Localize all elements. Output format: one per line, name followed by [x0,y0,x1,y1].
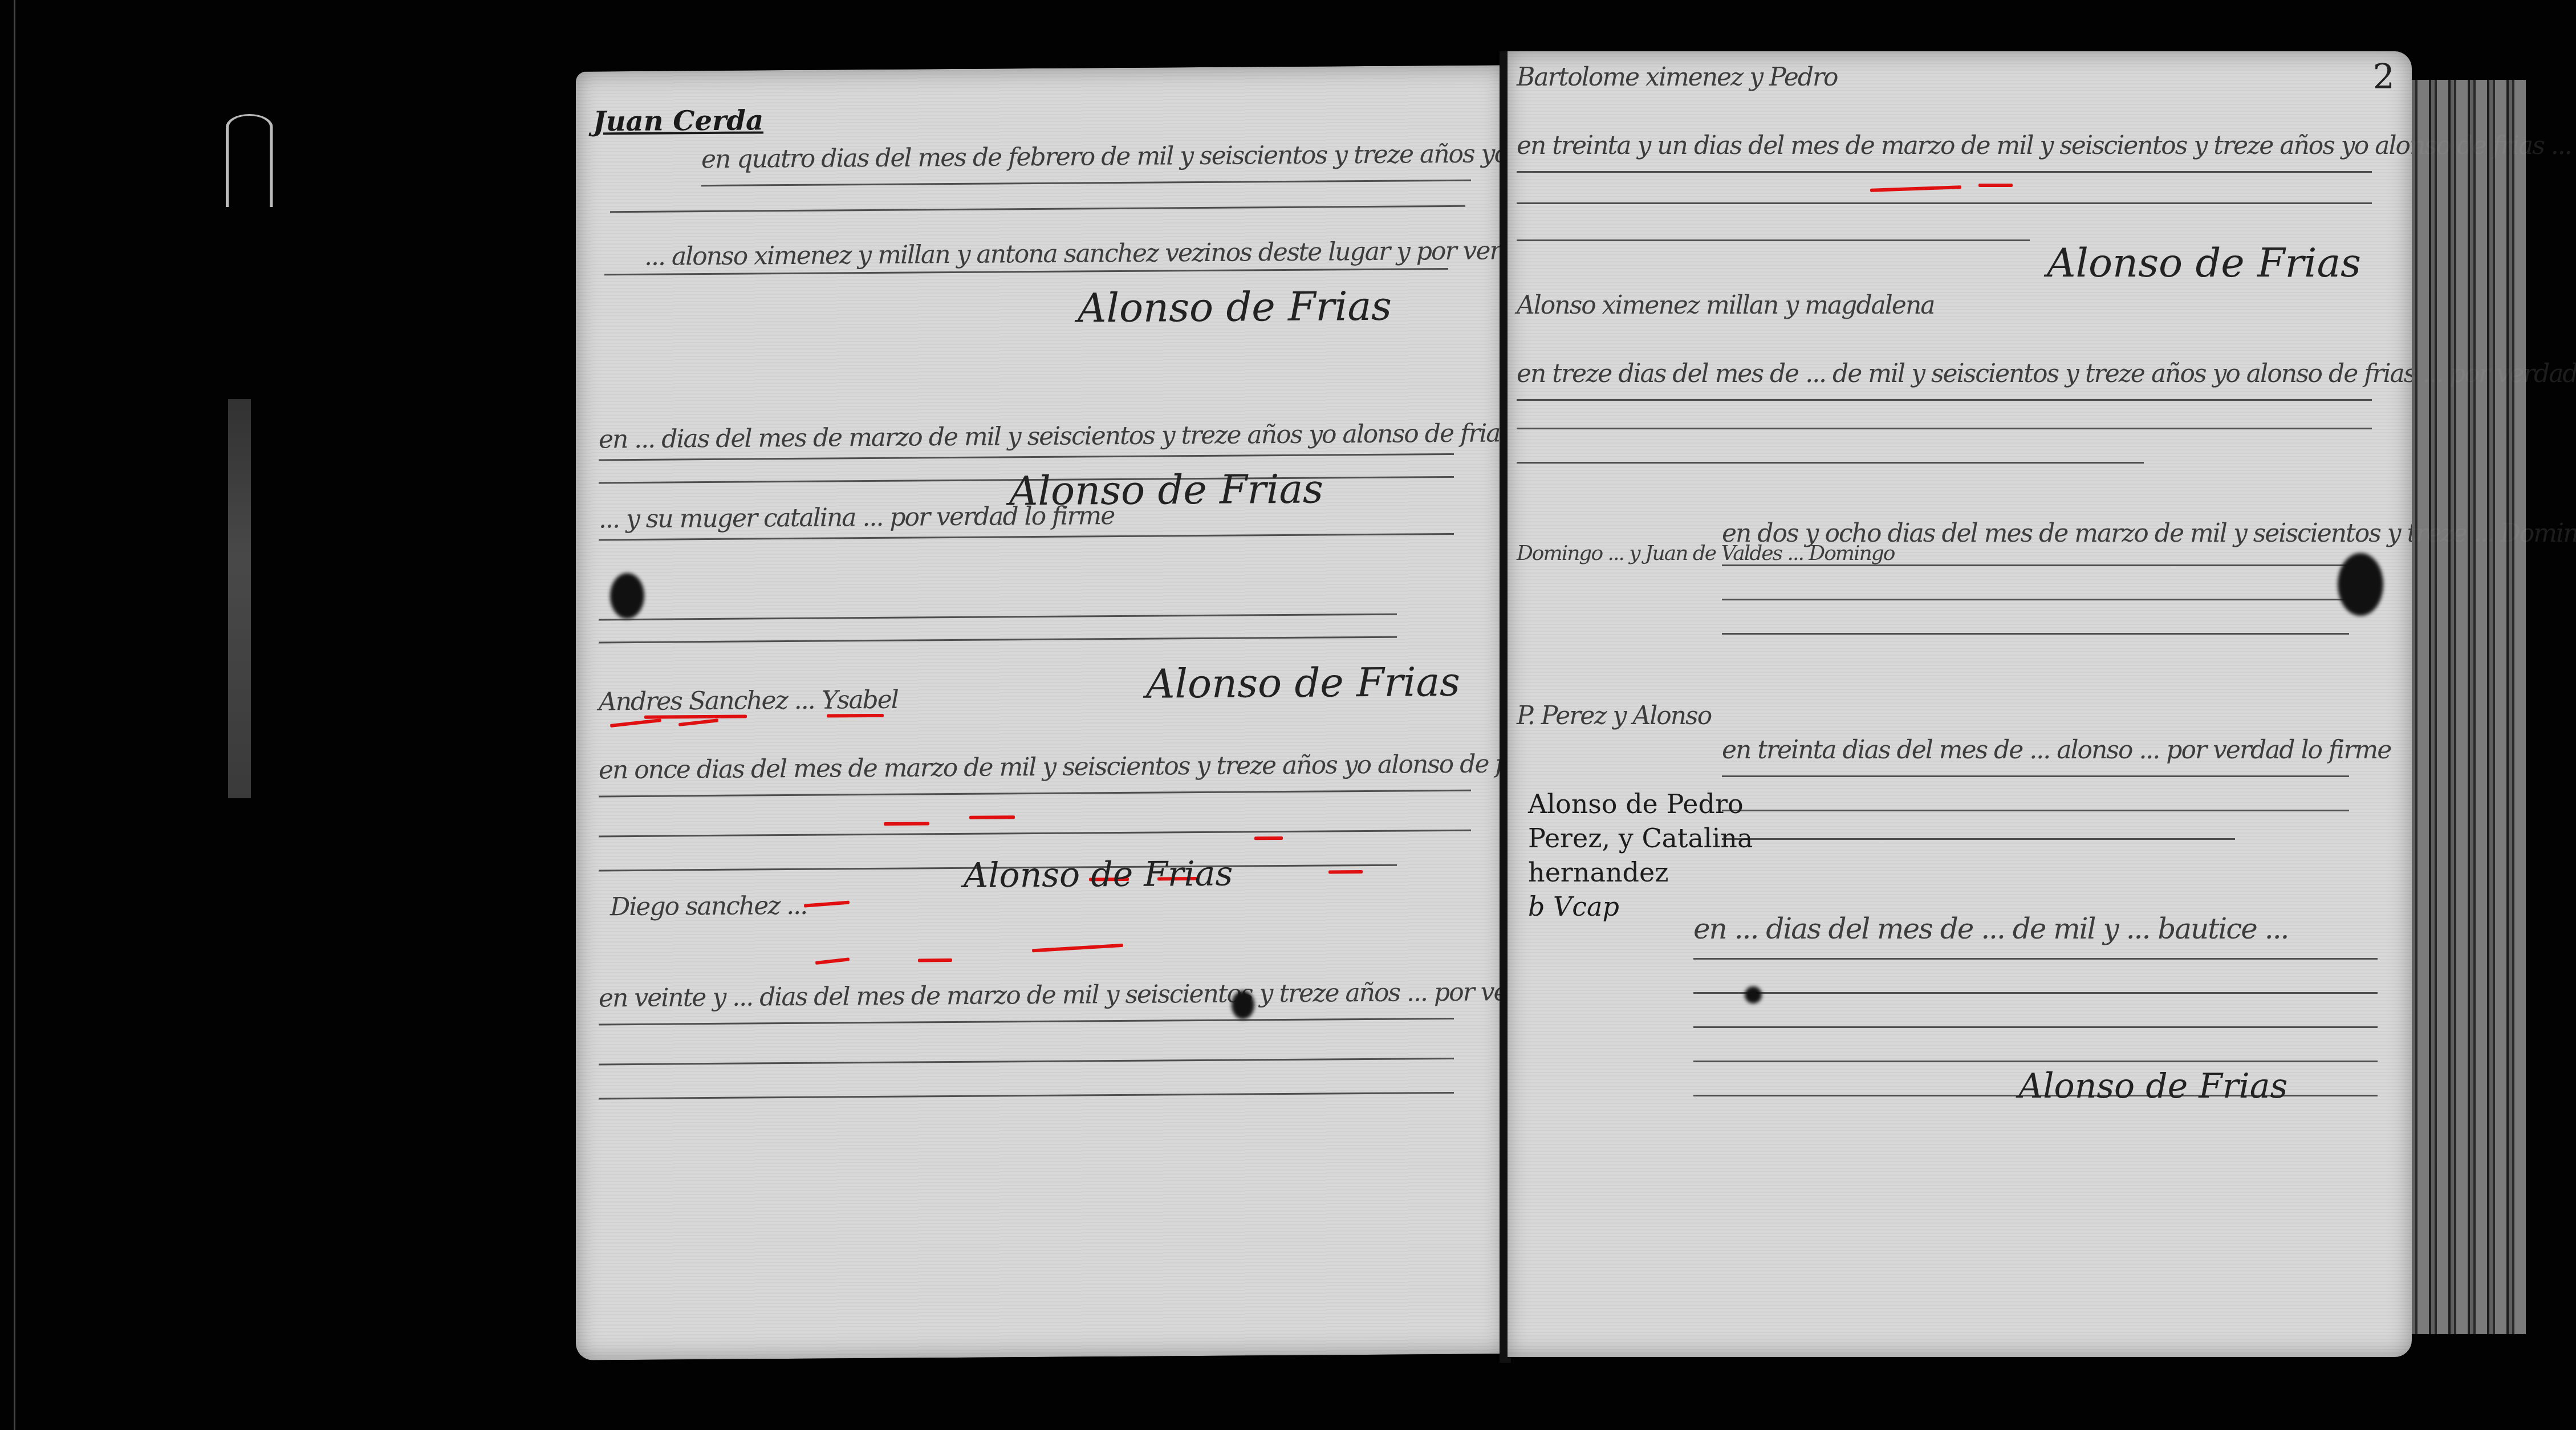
margin-rule [1505,51,1508,1357]
margin-note-line: hernandez [1528,855,1753,889]
scanner-edge-line [14,0,15,1430]
signature: Alonso de Frias [2047,239,2361,286]
red-underline-annotation [969,815,1015,819]
signature: Alonso de Frias [1146,659,1460,708]
handwriting-line [1517,171,2372,173]
handwriting-line [1517,462,2144,464]
handwriting-line [1722,564,2349,566]
handwriting-line [599,533,1454,541]
left-heading: Juan Cerda [593,104,763,137]
right-page: 2 Bartolome ximenez y Pedro en treinta y… [1505,51,2412,1357]
ink-blot [610,573,644,619]
entry-line: P. Perez y Alonso [1517,701,1711,730]
handwriting-line [1722,775,2349,777]
handwriting-line [599,790,1471,798]
handwriting-line [1693,958,2378,960]
red-underline-annotation [1254,836,1283,840]
red-underline-annotation [1978,184,2013,187]
red-underline-annotation [815,957,850,965]
handwriting-line [1517,399,2372,401]
margin-note-line: Alonso de Pedro [1528,787,1753,821]
handwriting-line [599,614,1397,621]
red-underline-annotation [1328,870,1363,874]
red-underline-annotation [918,958,952,962]
handwriting-line [1722,838,2235,840]
margin-note-line: Perez, y Catalina [1528,821,1753,855]
handwriting-line [1722,599,2349,600]
handwriting-line [1722,810,2349,811]
handwriting-line [701,180,1471,186]
handwriting-line [599,453,1454,461]
bookmark-ribbon-loop [226,114,273,207]
handwriting-line [1517,202,2372,204]
margin-note: Alonso de Pedro Perez, y Catalina hernan… [1528,787,1753,924]
signature: Alonso de Frias [2018,1066,2287,1106]
bookmark-ribbon [228,399,251,798]
ink-blot [1232,990,1254,1019]
red-underline-annotation [1870,185,1961,192]
handwriting-line [1693,1061,2378,1062]
handwriting-line [599,830,1471,838]
handwriting-line [1517,428,2372,429]
red-underline-annotation [827,714,884,718]
red-underline-annotation [1032,944,1123,952]
signature: Alonso de Frias [964,854,1233,896]
signature: Alonso de Frias [1009,466,1323,515]
signature: Alonso de Frias [1078,283,1392,332]
red-underline-annotation [804,901,850,908]
page-edges-stack [2412,80,2526,1334]
left-page: Juan Cerda en quatro dias del mes de feb… [576,65,1505,1360]
handwriting-line [1693,992,2378,994]
handwriting-line [1722,633,2349,635]
entry-line: en ... dias del mes de ... de mil y ... … [1693,912,2288,945]
entry-line: en treinta dias del mes de ... alonso ..… [1722,736,2391,765]
handwriting-line [599,1018,1454,1025]
handwriting-line [610,205,1465,213]
entry-line: ... alonso ximenez y millan y antona san… [644,235,1641,271]
entry-line: Diego sanchez ... [610,891,807,921]
handwriting-line [599,636,1397,644]
handwriting-line [1517,239,2030,241]
handwriting-line [1693,1026,2378,1028]
entry-line: en ... dias del mes de marzo de mil y se… [599,419,1539,454]
entry-line: Alonso ximenez millan y magdalena [1517,291,1934,320]
entry-line: Bartolome ximenez y Pedro [1517,63,1837,92]
red-underline-annotation [884,822,929,826]
red-underline-annotation [644,715,747,719]
folio-number: 2 [2373,57,2395,97]
handwriting-line [599,1058,1454,1065]
ink-blot [2338,553,2383,616]
ink-blot [1745,986,1762,1004]
red-underline-annotation [610,718,661,728]
entry-line: Andres Sanchez ... Ysabel [599,685,898,717]
red-underline-annotation [678,718,718,726]
margin-note-line: b Vcap [1528,889,1753,924]
handwriting-line [599,1092,1454,1099]
